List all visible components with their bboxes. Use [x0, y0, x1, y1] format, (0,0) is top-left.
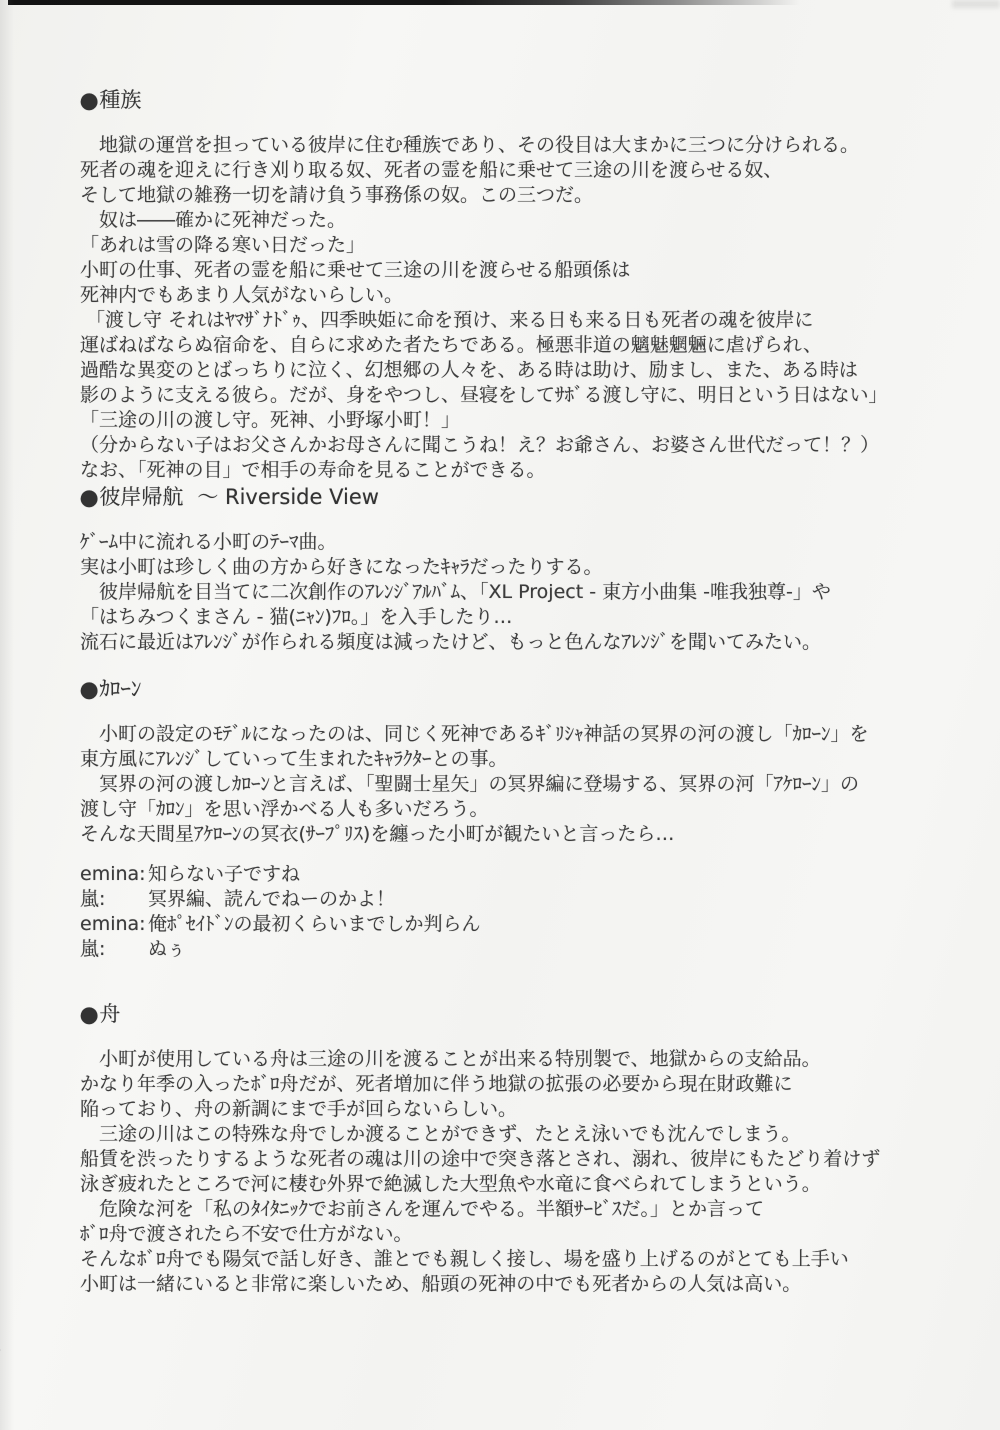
page-number-fragment: 2 3: [0, 1336, 9, 1354]
section-subtitle: ～ Riverside View: [197, 485, 379, 509]
document-section-2: ●彼岸帰航～ Riverside View ｹﾞｰﾑ中に流れる小町のﾃｰﾏ曲。 …: [80, 485, 985, 655]
text-line: 実は小町は珍しく曲の方から好きになったｷｬﾗだったりする。: [80, 555, 985, 580]
document-section-1: ●種族 地獄の運営を担っている彼岸に住む種族であり、その役目は大まかに三つに分け…: [80, 88, 985, 483]
page-number-digit: 2: [0, 1336, 9, 1345]
section-body: ｹﾞｰﾑ中に流れる小町のﾃｰﾏ曲。 実は小町は珍しく曲の方から好きになったｷｬﾗ…: [80, 530, 985, 655]
dialogue-row: emina:知らない子ですね: [80, 862, 985, 887]
dialogue-text: 俺ﾎﾟｾｲﾄﾞﾝの最初くらいまでしか判らん: [148, 912, 481, 937]
text-line: 小町の設定のﾓﾃﾞﾙになったのは、同じく死神であるｷﾞﾘｼｬ神話の冥界の河の渡し…: [80, 722, 985, 747]
section-title: 種族: [99, 88, 141, 112]
text-line: 三途の川はこの特殊な舟でしか渡ることができず、たとえ泳いでも沈んでしまう。: [80, 1122, 985, 1147]
text-line: 影のように支える彼ら。だが、身をやつし、昼寝をしてｻﾎﾞる渡し守に、明日という日…: [80, 383, 985, 408]
section-body: 小町の設定のﾓﾃﾞﾙになったのは、同じく死神であるｷﾞﾘｼｬ神話の冥界の河の渡し…: [80, 722, 985, 847]
text-line: 過酷な異変のとばっちりに泣く、幻想郷の人々を、ある時は助け、励まし、また、ある時…: [80, 358, 985, 383]
text-line: そんな天間星ｱｹﾛｰﾝの冥衣(ｻｰﾌﾟﾘｽ)を纏った小町が観たいと言ったら…: [80, 822, 985, 847]
text-line: 冥界の河の渡しｶﾛｰﾝと言えば、「聖闘士星矢」の冥界編に登場する、冥界の河「ｱｹ…: [80, 772, 985, 797]
bullet-icon: ●: [80, 484, 99, 510]
text-line: そんなﾎﾞﾛ舟でも陽気で話し好き、誰とでも親しく接し、場を盛り上げるのがとても上…: [80, 1247, 985, 1272]
text-line: 奴は――確かに死神だった。: [80, 208, 985, 233]
scanned-document-page: ●種族 地獄の運営を担っている彼岸に住む種族であり、その役目は大まかに三つに分け…: [0, 0, 1000, 1430]
section-header: ●種族: [80, 88, 985, 113]
dialogue-text: 知らない子ですね: [148, 862, 300, 887]
text-line: 「渡し守 それはﾔﾏｻﾞﾅﾄﾞｩ、四季映姫に命を預け、来る日も来る日も死者の魂を…: [80, 308, 985, 333]
dialogue-text: ぬぅ: [148, 937, 186, 962]
text-line: 陥っており、舟の新調にまで手が回らないらしい。: [80, 1097, 985, 1122]
bullet-icon: ●: [80, 87, 99, 113]
text-line: ﾎﾞﾛ舟で渡されたら不安で仕方がない。: [80, 1222, 985, 1247]
text-line: （分からない子はお父さんかお母さんに聞こうね！え？お爺さん、お婆さん世代だって！…: [80, 433, 985, 458]
text-line: 小町の仕事、死者の霊を船に乗せて三途の川を渡らせる船頭係は: [80, 258, 985, 283]
dialogue-row: 嵐:ぬぅ: [80, 937, 985, 962]
scan-artifact-top-right-smudge: [952, 0, 1000, 8]
dialogue-speaker: 嵐:: [80, 937, 148, 962]
text-line: 地獄の運営を担っている彼岸に住む種族であり、その役目は大まかに三つに分けられる。: [80, 133, 985, 158]
dialogue-row: emina:俺ﾎﾟｾｲﾄﾞﾝの最初くらいまでしか判らん: [80, 912, 985, 937]
text-line: 小町は一緒にいると非常に楽しいため、船頭の死神の中でも死者からの人気は高い。: [80, 1272, 985, 1297]
text-line: 小町が使用している舟は三途の川を渡ることが出来る特別製で、地獄からの支給品。: [80, 1047, 985, 1072]
text-line: 船賃を渋ったりするような死者の魂は川の途中で突き落とされ、溺れ、彼岸にもたどり着…: [80, 1147, 985, 1172]
text-line: 死神内でもあまり人気がないらしい。: [80, 283, 985, 308]
bullet-icon: ●: [80, 1001, 99, 1027]
section-title: 彼岸帰航: [99, 485, 183, 509]
text-line: 危険な河を「私のﾀｲﾀﾆｯｸでお前さんを運んでやる。半額ｻｰﾋﾞｽだ。」とか言っ…: [80, 1197, 985, 1222]
bullet-icon: ●: [80, 676, 99, 702]
section-title: 舟: [99, 1002, 120, 1026]
section-header: ●ｶﾛｰﾝ: [80, 677, 985, 702]
dialogue-speaker: emina:: [80, 862, 148, 887]
text-line: 「あれは雪の降る寒い日だった」: [80, 233, 985, 258]
section-title: ｶﾛｰﾝ: [99, 677, 141, 701]
document-section-3: ●ｶﾛｰﾝ 小町の設定のﾓﾃﾞﾙになったのは、同じく死神であるｷﾞﾘｼｬ神話の冥…: [80, 677, 985, 962]
section-body: 地獄の運営を担っている彼岸に住む種族であり、その役目は大まかに三つに分けられる。…: [80, 133, 985, 483]
text-line: 「三途の川の渡し守。死神、小野塚小町！」: [80, 408, 985, 433]
text-line: なお、「死神の目」で相手の寿命を見ることができる。: [80, 458, 985, 483]
document-content: ●種族 地獄の運営を担っている彼岸に住む種族であり、その役目は大まかに三つに分け…: [80, 88, 985, 1297]
dialogue-speaker: emina:: [80, 912, 148, 937]
text-line: そして地獄の雑務一切を請け負う事務係の奴。この三つだ。: [80, 183, 985, 208]
dialogue-text: 冥界編、読んでねーのかよ！: [148, 887, 395, 912]
section-body: 小町が使用している舟は三途の川を渡ることが出来る特別製で、地獄からの支給品。 か…: [80, 1047, 985, 1297]
text-line: 流石に最近はｱﾚﾝｼﾞが作られる頻度は減ったけど、もっと色んなｱﾚﾝｼﾞを聞いて…: [80, 630, 985, 655]
text-line: 東方風にｱﾚﾝｼﾞしていって生まれたｷｬﾗｸﾀｰとの事。: [80, 747, 985, 772]
text-line: 運ばねばならぬ宿命を、自らに求めた者たちである。極悪非道の魑魅魍魎に虐げられ、: [80, 333, 985, 358]
text-line: かなり年季の入ったﾎﾞﾛ舟だが、死者増加に伴う地獄の拡張の必要から現在財政難に: [80, 1072, 985, 1097]
scan-artifact-left-edge: [0, 0, 14, 1430]
section-header: ●彼岸帰航～ Riverside View: [80, 485, 985, 510]
text-line: 「はちみつくまさん - 猫(ﾆｬﾝ)ﾌﾛ｡」を入手したり…: [80, 605, 985, 630]
dialogue-row: 嵐:冥界編、読んでねーのかよ！: [80, 887, 985, 912]
document-section-4: ●舟 小町が使用している舟は三途の川を渡ることが出来る特別製で、地獄からの支給品…: [80, 1002, 985, 1297]
page-number-digit: 3: [0, 1345, 9, 1354]
text-line: 渡し守「ｶﾛﾝ」を思い浮かべる人も多いだろう。: [80, 797, 985, 822]
section-header: ●舟: [80, 1002, 985, 1027]
text-line: 彼岸帰航を目当てに二次創作のｱﾚﾝｼﾞｱﾙﾊﾞﾑ、「XL Project - 東…: [80, 580, 985, 605]
text-line: 死者の魂を迎えに行き刈り取る奴、死者の霊を船に乗せて三途の川を渡らせる奴、: [80, 158, 985, 183]
text-line: 泳ぎ疲れたところで河に棲む外界で絶滅した大型魚や水竜に食べられてしまうという。: [80, 1172, 985, 1197]
scan-artifact-top-edge: [8, 0, 800, 5]
dialogue-speaker: 嵐:: [80, 887, 148, 912]
text-line: ｹﾞｰﾑ中に流れる小町のﾃｰﾏ曲。: [80, 530, 985, 555]
dialogue-block: emina:知らない子ですね 嵐:冥界編、読んでねーのかよ！ emina:俺ﾎﾟ…: [80, 862, 985, 962]
